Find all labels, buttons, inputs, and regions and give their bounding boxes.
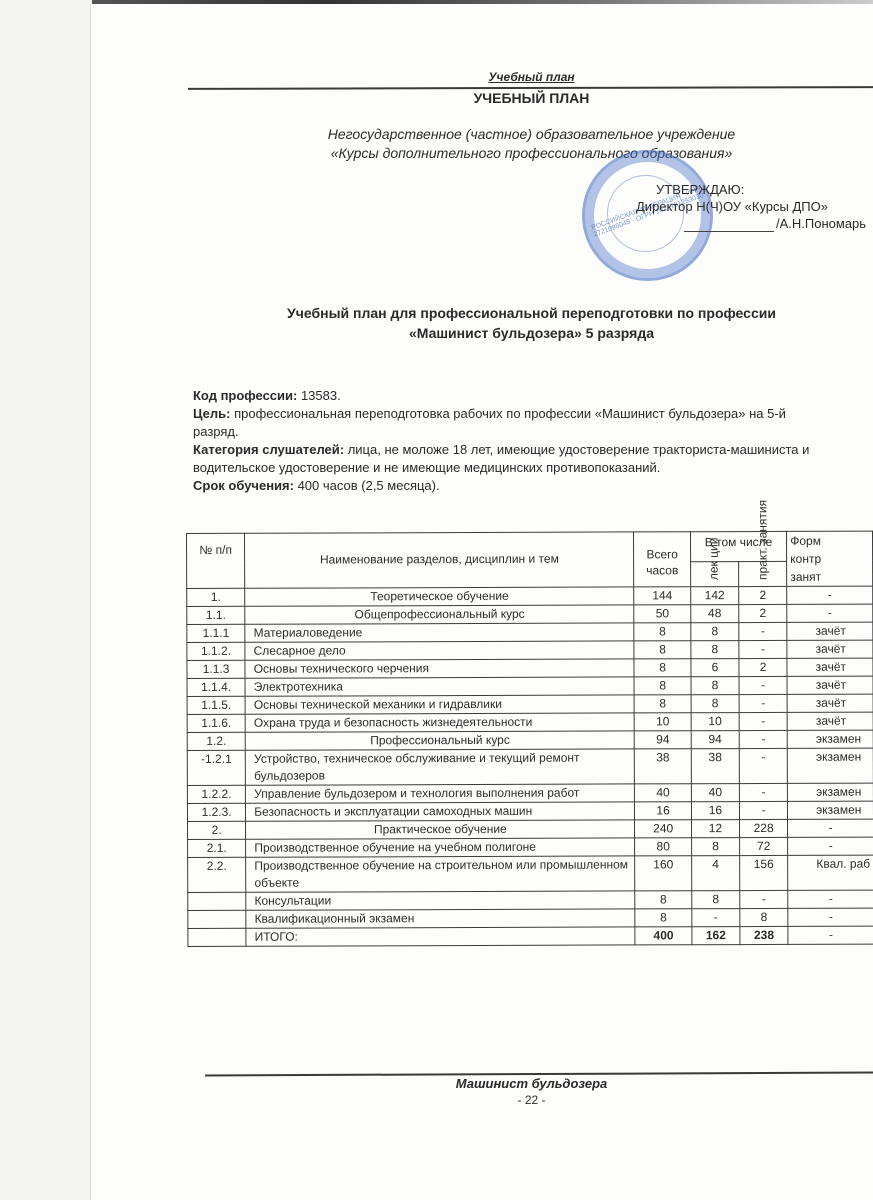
adjacent-page-edge [0, 0, 92, 1200]
row-total-hours: 10 [635, 713, 692, 731]
row-practice-hours: - [739, 694, 787, 712]
row-number: 2. [188, 821, 246, 839]
row-name: Устройство, техническое обслуживание и т… [245, 749, 634, 785]
audience-category-value: лица, не моложе 18 лет, имеющие удостове… [344, 442, 809, 457]
header-practice: практ. занятия [739, 561, 787, 587]
row-name: Производственное обучение на учебном пол… [246, 838, 635, 857]
table-row: Квалификационный экзамен8-8- [188, 908, 873, 928]
row-lecture-hours: 8 [691, 623, 739, 641]
row-lecture-hours: - [692, 909, 740, 927]
row-number: 1.1. [187, 606, 245, 624]
row-name: Электротехника [245, 677, 634, 696]
table-row: 1.Теоретическое обучение1441422- [187, 586, 873, 606]
row-lecture-hours: 4 [691, 856, 739, 891]
plan-title-line-1: Учебный план для профессиональной перепо… [190, 303, 873, 323]
row-name: Профессиональный курс [245, 731, 634, 750]
header-number-text: № п/п [199, 543, 232, 557]
program-goal-value: профессиональная переподготовка рабочих … [230, 406, 785, 421]
header-control-form-l2: контр [790, 550, 869, 568]
row-name: Консультации [246, 891, 635, 910]
row-total-hours: 8 [635, 891, 692, 909]
program-goal-cont: разряд. [193, 423, 873, 441]
row-lecture-hours: 38 [691, 749, 739, 784]
profession-code: Код профессии: 13583. [193, 387, 873, 405]
row-total-hours: 8 [634, 623, 691, 641]
header-total-hours-text: Всего часов [646, 547, 678, 577]
profession-code-value: 13583. [297, 388, 340, 403]
row-total-hours: 400 [635, 927, 692, 945]
approval-position: Директор Н(Ч)ОУ «Курсы ДПО» [590, 198, 873, 215]
row-name: Основы технического черчения [245, 659, 634, 678]
row-control-form: - [788, 926, 873, 944]
row-control-form: зачёт [787, 622, 873, 640]
header-control-form-l1: Форм [790, 532, 869, 550]
table-row: 1.1.3Основы технического черчения862зачё… [187, 658, 873, 678]
row-lecture-hours: 8 [691, 677, 739, 695]
table-row: 1.1.2.Слесарное дело88-зачёт [187, 640, 873, 660]
row-lecture-hours: 8 [691, 695, 739, 713]
row-number: 1.1.6. [187, 714, 245, 732]
header-control-form: Форм контр занят [787, 531, 873, 586]
profession-code-label: Код профессии: [193, 388, 297, 403]
table-row: 2.Практическое обучение24012228- [188, 819, 873, 839]
row-number: -1.2.1 [187, 750, 245, 785]
header-lectures: лек ции [690, 561, 738, 587]
row-number: 1.1.1 [187, 624, 245, 642]
table-row: 1.2.3.Безопасность и эксплуатации самохо… [187, 801, 873, 821]
table-row: 2.1.Производственное обучение на учебном… [188, 837, 873, 857]
row-practice-hours: - [739, 801, 787, 819]
header-lectures-text: лек ции [708, 538, 721, 581]
row-practice-hours: 238 [740, 926, 788, 944]
row-number: 1.1.4. [187, 678, 245, 696]
row-practice-hours: 2 [739, 586, 787, 604]
organization-line-1: Негосударственное (частное) образователь… [190, 125, 873, 144]
row-name: Общепрофессиональный курс [245, 605, 634, 624]
table-row: 1.1.Общепрофессиональный курс50482- [187, 604, 873, 624]
row-control-form: экзамен [787, 730, 873, 748]
approval-label: УТВЕРЖДАЮ: [590, 181, 873, 198]
signature-underline [684, 231, 774, 232]
row-name: Основы технической механики и гидравлики [245, 695, 634, 714]
program-goal-label: Цель: [193, 406, 230, 421]
table-row: ИТОГО:400162238- [188, 926, 873, 946]
row-lecture-hours: 8 [692, 891, 740, 909]
row-name: Квалификационный экзамен [246, 909, 635, 928]
row-total-hours: 40 [635, 784, 692, 802]
row-number [188, 892, 246, 910]
table-row: 1.1.6.Охрана труда и безопасность жизнед… [187, 712, 873, 732]
row-total-hours: 8 [634, 659, 691, 677]
organization-name: Негосударственное (частное) образователь… [190, 125, 873, 163]
row-control-form: экзамен [787, 748, 873, 783]
row-lecture-hours: 142 [691, 587, 739, 605]
row-practice-hours: - [739, 622, 787, 640]
row-lecture-hours: 162 [692, 927, 740, 945]
table-row: 1.1.1Материаловедение88-зачёт [187, 622, 873, 642]
row-number: 1.2. [187, 732, 245, 750]
organization-line-2: «Курсы дополнительного профессионального… [190, 144, 873, 163]
running-header: Учебный план [190, 70, 873, 84]
header-practice-text: практ. занятия [756, 500, 769, 580]
row-lecture-hours: 16 [691, 802, 739, 820]
curriculum-table: № п/п Наименование разделов, дисциплин и… [186, 531, 873, 947]
row-practice-hours: - [739, 640, 787, 658]
row-control-form: зачёт [787, 694, 873, 712]
row-number: 1.1.2. [187, 642, 245, 660]
row-control-form: экзамен [788, 783, 873, 801]
row-practice-hours: 2 [739, 604, 787, 622]
row-lecture-hours: 6 [691, 659, 739, 677]
header-total-hours: Всего часов [634, 532, 691, 587]
program-info: Код профессии: 13583. Цель: профессионал… [193, 387, 873, 495]
header-number: № п/п [187, 533, 245, 588]
row-total-hours: 8 [634, 641, 691, 659]
audience-category: Категория слушателей: лица, не моложе 18… [193, 441, 873, 459]
curriculum-table-body: 1.Теоретическое обучение1441422-1.1.Обще… [187, 586, 873, 946]
training-duration-label: Срок обучения: [193, 478, 294, 493]
row-number: 1.2.2. [187, 785, 245, 803]
row-number: 2.1. [188, 839, 246, 857]
page-number: - 22 - [190, 1093, 873, 1107]
row-total-hours: 144 [634, 587, 691, 605]
footer-title: Машинист бульдозера [190, 1076, 873, 1091]
row-lecture-hours: 10 [691, 713, 739, 731]
plan-title-line-2: «Машинист бульдозера» 5 разряда [190, 323, 873, 343]
training-duration: Срок обучения: 400 часов (2,5 месяца). [193, 477, 873, 495]
row-number [188, 910, 246, 928]
row-control-form: зачёт [787, 676, 873, 694]
row-name: Управление бульдозером и технология выпо… [246, 784, 635, 803]
row-total-hours: 80 [635, 838, 692, 856]
row-practice-hours: 8 [740, 908, 788, 926]
row-name: Теоретическое обучение [245, 587, 634, 606]
audience-category-label: Категория слушателей: [193, 442, 344, 457]
approval-signature-line: /А.Н.Пономарь [590, 215, 873, 232]
approval-signature: /А.Н.Пономарь [776, 216, 866, 231]
row-number: 2.2. [188, 857, 246, 892]
row-total-hours: 94 [635, 731, 692, 749]
row-practice-hours: 2 [739, 658, 787, 676]
row-number: 1. [187, 588, 245, 606]
table-row: Консультации88-- [188, 890, 873, 910]
row-number [188, 928, 246, 946]
audience-category-cont: водительское удостоверение и не имеющие … [193, 459, 873, 477]
row-control-form: экзамен [788, 801, 873, 819]
row-name: Практическое обучение [246, 820, 635, 839]
row-total-hours: 50 [634, 605, 691, 623]
row-lecture-hours: 48 [691, 605, 739, 623]
row-total-hours: 8 [634, 695, 691, 713]
row-total-hours: 8 [634, 677, 691, 695]
row-control-form: - [788, 890, 873, 908]
row-practice-hours: - [739, 783, 787, 801]
row-total-hours: 240 [635, 820, 692, 838]
row-practice-hours: - [739, 712, 787, 730]
row-number: 1.1.3 [187, 660, 245, 678]
row-name: Безопасность и эксплуатации самоходных м… [246, 802, 635, 821]
row-total-hours: 8 [635, 909, 692, 927]
row-number: 1.2.3. [187, 803, 245, 821]
row-control-form: - [788, 819, 873, 837]
row-practice-hours: 228 [740, 819, 788, 837]
table-row: 2.2.Производственное обучение на строите… [188, 855, 873, 892]
table-row: 1.1.5.Основы технической механики и гидр… [187, 694, 873, 714]
row-lecture-hours: 8 [691, 838, 739, 856]
row-name: ИТОГО: [246, 927, 635, 946]
row-total-hours: 160 [635, 856, 692, 891]
table-row: -1.2.1Устройство, техническое обслуживан… [187, 748, 873, 785]
row-control-form: зачёт [787, 658, 873, 676]
scan-top-edge [92, 0, 873, 4]
document-title: УЧЕБНЫЙ ПЛАН [190, 90, 873, 106]
program-goal: Цель: профессиональная переподготовка ра… [193, 405, 873, 423]
row-control-form: - [787, 604, 873, 622]
header-name: Наименование разделов, дисциплин и тем [245, 532, 634, 588]
approval-block: УТВЕРЖДАЮ: Директор Н(Ч)ОУ «Курсы ДПО» /… [590, 181, 873, 232]
row-name: Слесарное дело [245, 641, 634, 660]
row-practice-hours: 72 [740, 837, 788, 855]
header-including: В том числе [690, 531, 786, 561]
row-lecture-hours: 8 [691, 641, 739, 659]
table-row: 1.1.4.Электротехника88-зачёт [187, 676, 873, 696]
row-practice-hours: - [739, 748, 787, 783]
table-row: 1.2.2.Управление бульдозером и технологи… [187, 783, 873, 803]
row-name: Материаловедение [245, 623, 634, 642]
row-control-form: Квал. раб [788, 855, 873, 890]
row-practice-hours: - [739, 676, 787, 694]
row-control-form: зачёт [787, 712, 873, 730]
header-control-form-l3: занят [790, 568, 869, 586]
row-control-form: - [788, 837, 873, 855]
row-lecture-hours: 94 [691, 731, 739, 749]
row-practice-hours: - [739, 730, 787, 748]
row-total-hours: 16 [635, 802, 692, 820]
table-row: 1.2.Профессиональный курс9494-экзамен [187, 730, 873, 750]
row-lecture-hours: 40 [691, 784, 739, 802]
row-lecture-hours: 12 [691, 820, 739, 838]
row-name: Охрана труда и безопасность жизнедеятель… [245, 713, 634, 732]
row-control-form: зачёт [787, 640, 873, 658]
row-number: 1.1.5. [187, 696, 245, 714]
row-name: Производственное обучение на строительно… [246, 856, 635, 892]
training-duration-value: 400 часов (2,5 месяца). [294, 478, 440, 493]
row-control-form: - [787, 586, 873, 604]
row-practice-hours: 156 [740, 855, 788, 890]
row-control-form: - [788, 908, 873, 926]
row-total-hours: 38 [635, 749, 692, 784]
row-practice-hours: - [740, 890, 788, 908]
plan-title: Учебный план для профессиональной перепо… [190, 303, 873, 343]
